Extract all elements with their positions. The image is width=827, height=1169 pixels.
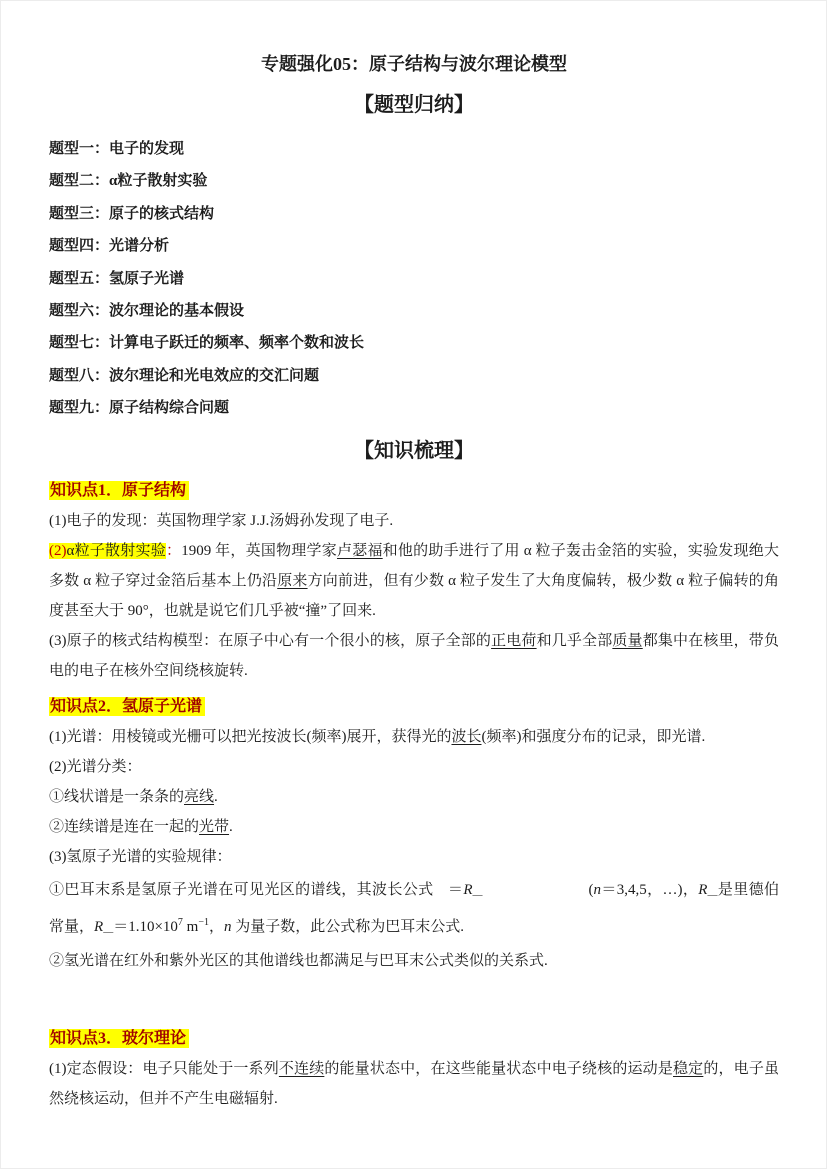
- text-run: —: [472, 890, 482, 901]
- knowledge-content: 知识点1．原子结构(1)电子的发现：英国物理学家 J.J.汤姆孙发现了电子.(2…: [49, 479, 779, 1114]
- text-run: 亮线: [184, 789, 214, 805]
- text-run: ＝1.10×10: [113, 919, 178, 935]
- text-run: ＝: [448, 882, 464, 898]
- question-type-item: 题型六：波尔理论的基本假设: [49, 295, 779, 327]
- text-run: n: [593, 882, 601, 898]
- question-type-item: 题型九：原子结构综合问题: [49, 392, 779, 424]
- question-type-item: 题型二：α粒子散射实验: [49, 165, 779, 197]
- question-type-item: 题型三：原子的核式结构: [49, 198, 779, 230]
- text-run: (1)电子的发现：英国物理学家 J.J.汤姆孙发现了电子.: [49, 513, 393, 529]
- text-run: 卢瑟福: [337, 543, 383, 559]
- document-page: 专题强化05：原子结构与波尔理论模型 【题型归纳】 题型一：电子的发现题型二：α…: [0, 0, 827, 1169]
- paragraph: (3)原子的核式结构模型：在原子中心有一个很小的核，原子全部的正电荷和几乎全部质…: [49, 626, 779, 686]
- text-run: ②连续谱是连在一起的: [49, 819, 199, 835]
- knowledge-point-1-title: 知识点1．原子结构: [49, 481, 189, 500]
- text-run: ②氢光谱在红外和紫外光区的其他谱线也都满足与巴耳末公式类似的关系式.: [49, 953, 548, 969]
- blank-spacer: [49, 976, 779, 1018]
- paragraph: (2)光谱分类：: [49, 752, 779, 782]
- text-run: ＝3,4,5，…)，: [601, 882, 698, 898]
- text-run: α粒子散射实验: [67, 543, 166, 559]
- section-heading-question-types: 【题型归纳】: [49, 91, 779, 119]
- paragraph: ①线状谱是一条条的亮线.: [49, 782, 779, 812]
- paragraph: ②连续谱是连在一起的光带.: [49, 812, 779, 842]
- formula-placeholder-gap: [434, 893, 448, 894]
- text-run: 原来: [277, 573, 307, 589]
- text-run: (频率)和强度分布的记录，即光谱.: [482, 729, 706, 745]
- text-run: 的能量状态中，在这些能量状态中电子绕核的运动是: [324, 1061, 673, 1077]
- formula-placeholder-gap: [482, 893, 588, 894]
- text-run: R: [94, 919, 103, 935]
- paragraph: ①巴耳末系是氢原子光谱在可见光区的谱线，其波长公式＝R—(n＝3,4,5，…)，…: [49, 872, 779, 946]
- text-run: (3)原子的核式结构模型：在原子中心有一个很小的核，原子全部的: [49, 633, 491, 649]
- paragraph: (2)α粒子散射实验：1909 年，英国物理学家卢瑟福和他的助手进行了用 α 粒…: [49, 536, 779, 626]
- text-run: 1909 年，英国物理学家: [181, 543, 337, 559]
- knowledge-point-heading: 知识点3．玻尔理论: [49, 1027, 779, 1051]
- knowledge-point-2-title: 知识点2．氢原子光谱: [49, 697, 205, 716]
- knowledge-point-heading: 知识点1．原子结构: [49, 479, 779, 503]
- text-run: (2): [49, 543, 67, 559]
- text-run: 稳定: [673, 1061, 703, 1077]
- text-run: 光带: [199, 819, 229, 835]
- text-run: 不连续: [279, 1061, 324, 1077]
- question-type-item: 题型七：计算电子跃迁的频率、频率个数和波长: [49, 327, 779, 359]
- paragraph: (1)定态假设：电子只能处于一系列不连续的能量状态中，在这些能量状态中电子绕核的…: [49, 1054, 779, 1114]
- text-run: .: [229, 819, 233, 835]
- text-run: 为量子数，此公式称为巴耳末公式.: [231, 919, 464, 935]
- question-type-list: 题型一：电子的发现题型二：α粒子散射实验题型三：原子的核式结构题型四：光谱分析题…: [49, 133, 779, 425]
- paragraph: ②氢光谱在红外和紫外光区的其他谱线也都满足与巴耳末公式类似的关系式.: [49, 946, 779, 976]
- text-run: −1: [198, 917, 209, 928]
- question-type-item: 题型五：氢原子光谱: [49, 263, 779, 295]
- text-run: m: [183, 919, 198, 935]
- paragraph: (1)电子的发现：英国物理学家 J.J.汤姆孙发现了电子.: [49, 506, 779, 536]
- text-run: (2)光谱分类：: [49, 759, 142, 775]
- text-run: (3)氢原子光谱的实验规律：: [49, 849, 232, 865]
- question-type-item: 题型一：电子的发现: [49, 133, 779, 165]
- text-run: .: [214, 789, 218, 805]
- text-run: ：: [166, 543, 181, 559]
- paragraph: (1)光谱：用棱镜或光栅可以把光按波长(频率)展开，获得光的波长(频率)和强度分…: [49, 722, 779, 752]
- text-run: 正电荷: [491, 633, 536, 649]
- text-run: ①线状谱是一条条的: [49, 789, 184, 805]
- knowledge-point-heading: 知识点2．氢原子光谱: [49, 695, 779, 719]
- question-type-item: 题型四：光谱分析: [49, 230, 779, 262]
- text-run: ，: [209, 919, 224, 935]
- text-run: —: [103, 927, 113, 938]
- text-run: 和几乎全部: [537, 633, 613, 649]
- knowledge-point-3-title: 知识点3．玻尔理论: [49, 1029, 189, 1048]
- text-run: (1)光谱：用棱镜或光栅可以把光按波长(频率)展开，获得光的: [49, 729, 451, 745]
- text-run: 波长: [451, 729, 481, 745]
- section-heading-knowledge: 【知识梳理】: [49, 437, 779, 465]
- question-type-item: 题型八：波尔理论和光电效应的交汇问题: [49, 360, 779, 392]
- paragraph: (3)氢原子光谱的实验规律：: [49, 842, 779, 872]
- text-run: 质量: [612, 633, 642, 649]
- text-run: ①巴耳末系是氢原子光谱在可见光区的谱线，其波长公式: [49, 882, 434, 898]
- page-title: 专题强化05：原子结构与波尔理论模型: [49, 51, 779, 77]
- text-run: (1)定态假设：电子只能处于一系列: [49, 1061, 279, 1077]
- text-run: —: [707, 890, 717, 901]
